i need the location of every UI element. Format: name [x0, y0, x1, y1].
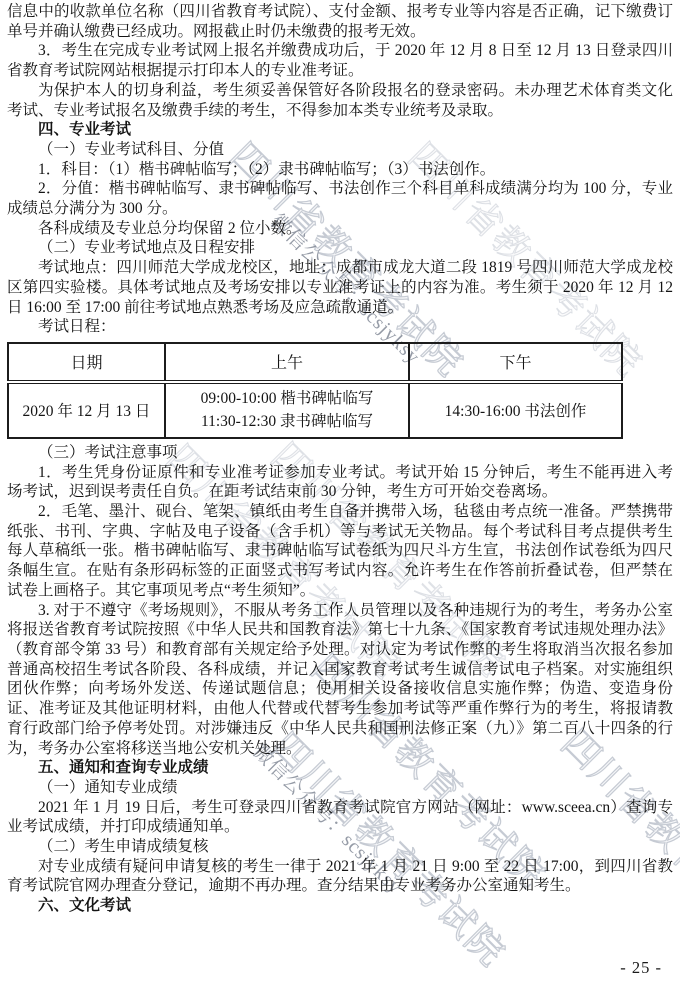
- cell-exam-date: 2020 年 12 月 13 日: [8, 382, 165, 438]
- paragraph: 1．考生凭身份证原件和专业准考证参加专业考试。考试开始 15 分钟后，考生不能再…: [7, 463, 673, 502]
- document-page: 四川省教育考试院 四川省教育考试院 四川省教育考试院 四川省教育考试院 四川省教…: [0, 0, 680, 1003]
- paragraph: 考试地点：四川师范大学成龙校区，地址：成都市成龙大道二段 1819 号四川师范大…: [7, 258, 673, 317]
- paragraph: （二）考生申请成绩复核: [7, 837, 673, 857]
- section-heading: 四、专业考试: [7, 120, 673, 140]
- paragraph: （二）专业考试地点及日程安排: [7, 238, 673, 258]
- col-header-afternoon: 下午: [409, 343, 622, 382]
- exam-schedule-table: 日期 上午 下午 2020 年 12 月 13 日 09:00-10:00 楷书…: [7, 342, 623, 439]
- content-before-table: 信息中的收款单位名称（四川省教育考试院）、支付金额、报考专业等内容是否正确，记下…: [7, 2, 673, 337]
- page-number: - 25 -: [620, 958, 662, 978]
- col-header-morning: 上午: [165, 343, 409, 382]
- paragraph: 3. 对于不遵守《考场规则》，不服从考务工作人员管理以及各种违规行为的考生，考务…: [7, 601, 673, 759]
- content-after-table: （三）考试注意事项1．考生凭身份证原件和专业准考证参加专业考试。考试开始 15 …: [7, 443, 673, 916]
- paragraph: （三）考试注意事项: [7, 443, 673, 463]
- paragraph: 考试日程：: [7, 317, 673, 337]
- morning-session-1: 09:00-10:00 楷书碑帖临写: [166, 387, 408, 410]
- cell-afternoon-session: 14:30-16:00 书法创作: [409, 382, 622, 438]
- paragraph: 信息中的收款单位名称（四川省教育考试院）、支付金额、报考专业等内容是否正确，记下…: [7, 2, 673, 41]
- paragraph: 对专业成绩有疑问申请复核的考生一律于 2021 年 1 月 21 日 9:00 …: [7, 857, 673, 896]
- section-heading: 五、通知和查询专业成绩: [7, 758, 673, 778]
- paragraph: 为保护本人的切身利益，考生须妥善保管好各阶段报名的登录密码。未办理艺术体育类文化…: [7, 81, 673, 120]
- document-content: 信息中的收款单位名称（四川省教育考试院）、支付金额、报考专业等内容是否正确，记下…: [7, 2, 673, 916]
- paragraph: （一）专业考试科目、分值: [7, 140, 673, 160]
- paragraph: 各科成绩及专业总分均保留 2 位小数。: [7, 219, 673, 239]
- paragraph: （一）通知专业成绩: [7, 778, 673, 798]
- table-header-row: 日期 上午 下午: [8, 343, 622, 382]
- paragraph: 1．科目：（1）楷书碑帖临写；（2）隶书碑帖临写；（3）书法创作。: [7, 160, 673, 180]
- cell-morning-sessions: 09:00-10:00 楷书碑帖临写 11:30-12:30 隶书碑帖临写: [165, 382, 409, 438]
- paragraph: 3．考生在完成专业考试网上报名并缴费成功后，于 2020 年 12 月 8 日至…: [7, 41, 673, 80]
- morning-session-2: 11:30-12:30 隶书碑帖临写: [166, 410, 408, 433]
- paragraph: 2021 年 1 月 19 日后，考生可登录四川省教育考试院官方网站（网址：ww…: [7, 798, 673, 837]
- col-header-date: 日期: [8, 343, 165, 382]
- table-row: 2020 年 12 月 13 日 09:00-10:00 楷书碑帖临写 11:3…: [8, 382, 622, 438]
- paragraph: 2．分值：楷书碑帖临写、隶书碑帖临写、书法创作三个科目单科成绩满分均为 100 …: [7, 179, 673, 218]
- section-heading: 六、文化考试: [7, 896, 673, 916]
- paragraph: 2．毛笔、墨汁、砚台、笔架、镇纸由考生自备并携带入场，毡毯由考点统一准备。严禁携…: [7, 502, 673, 601]
